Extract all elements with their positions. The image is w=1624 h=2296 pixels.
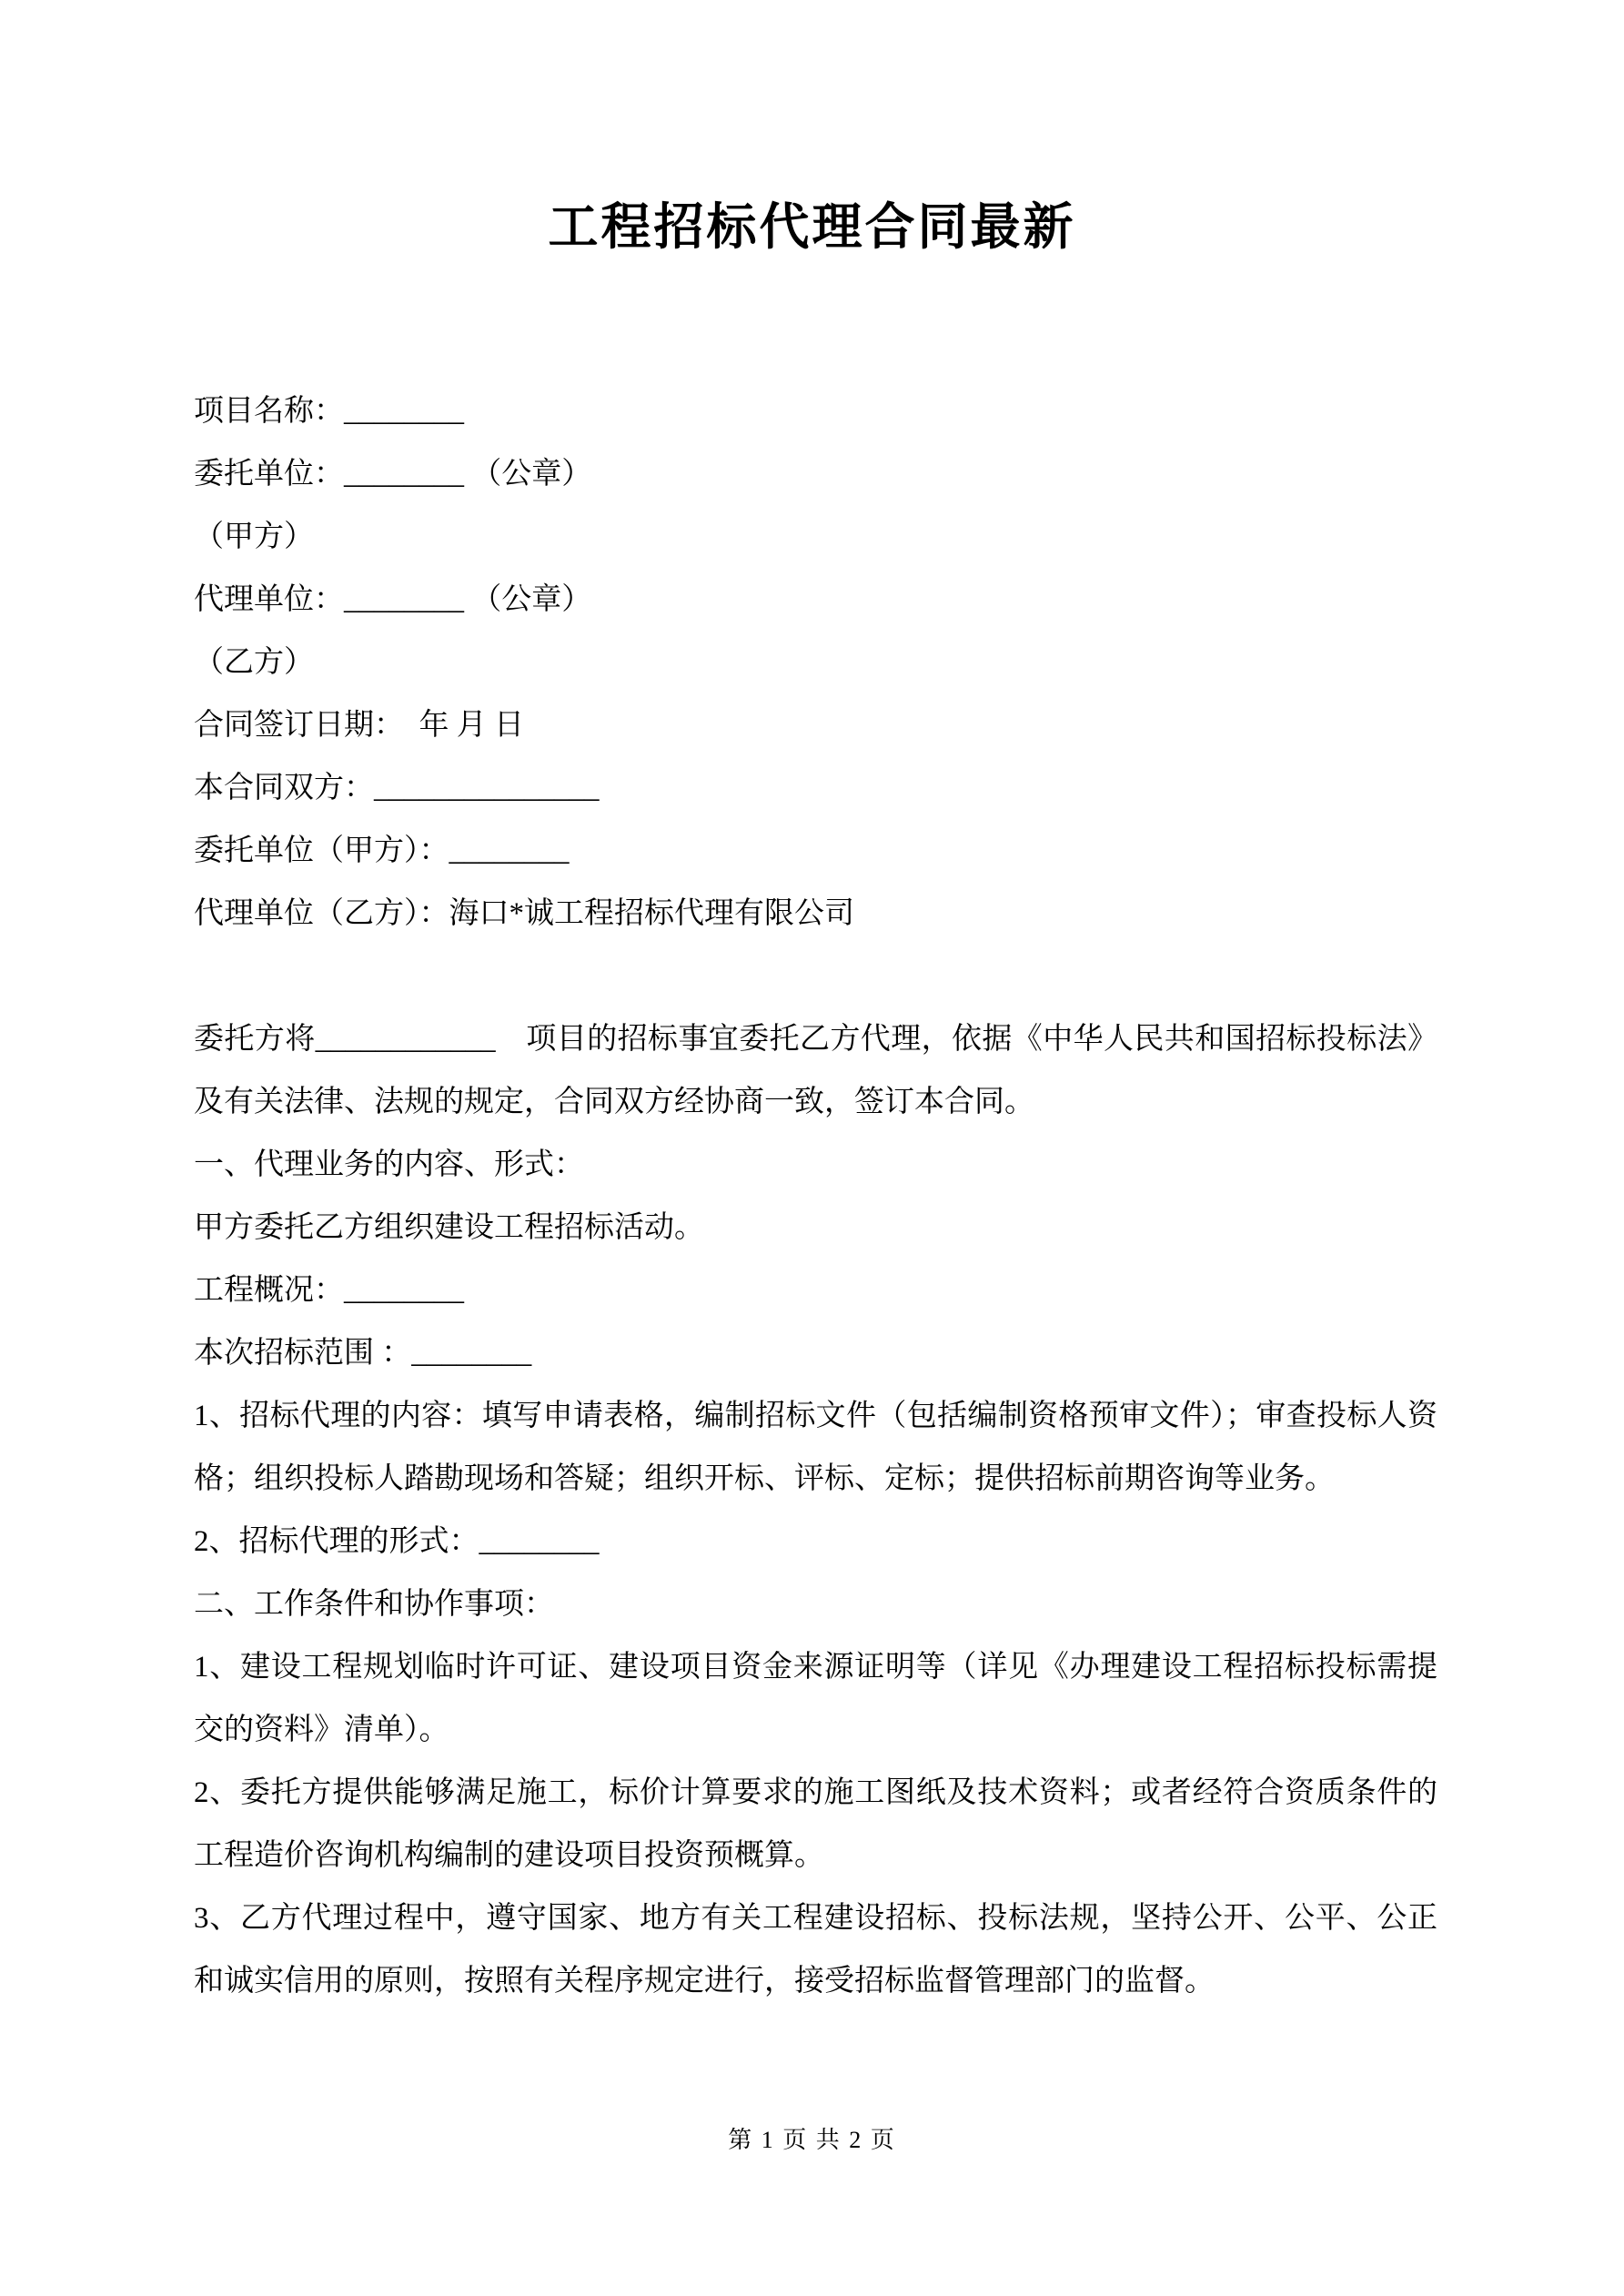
field-agency-form: 2、招标代理的形式：________ [194, 1511, 1437, 1573]
field-both-parties: 本合同双方：_______________ [194, 757, 1437, 820]
field-signing-date: 合同签订日期： 年 月 日 [194, 694, 1437, 757]
section-1-heading: 一、代理业务的内容、形式： [194, 1134, 1437, 1197]
field-project-overview: 工程概况：________ [194, 1259, 1437, 1322]
page-number-footer: 第 1 页 共 2 页 [0, 2122, 1624, 2159]
field-project-name: 项目名称：________ [194, 380, 1437, 443]
document-body: 项目名称：________ 委托单位：________ （公章） （甲方） 代理… [194, 380, 1437, 2013]
section-2-heading: 二、工作条件和协作事项： [194, 1573, 1437, 1636]
field-party-b-name: 代理单位（乙方）：海口*诚工程招标代理有限公司 [194, 883, 1437, 946]
field-bidding-scope: 本次招标范围 ：________ [194, 1322, 1437, 1385]
blank-line [194, 946, 1437, 1008]
contract-document-page: 工程招标代理合同最新 项目名称：________ 委托单位：________ （… [0, 0, 1624, 2296]
label-party-b: （乙方） [194, 632, 1437, 694]
clause-work-condition-3: 3、乙方代理过程中，遵守国家、地方有关工程建设招标、投标法规，坚持公开、公平、公… [194, 1887, 1437, 2013]
field-party-a-name: 委托单位（甲方）：________ [194, 820, 1437, 883]
section-1-body: 甲方委托乙方组织建设工程招标活动。 [194, 1197, 1437, 1259]
field-entrusting-unit: 委托单位：________ （公章） [194, 443, 1437, 506]
clause-work-condition-1: 1、建设工程规划临时许可证、建设项目资金来源证明等（详见《办理建设工程招标投标需… [194, 1636, 1437, 1762]
label-party-a: （甲方） [194, 506, 1437, 569]
field-agency-unit: 代理单位：________ （公章） [194, 569, 1437, 632]
intro-paragraph: 委托方将____________ 项目的招标事宜委托乙方代理，依据《中华人民共和… [194, 1008, 1437, 1134]
clause-work-condition-2: 2、委托方提供能够满足施工，标价计算要求的施工图纸及技术资料；或者经符合资质条件… [194, 1762, 1437, 1887]
clause-agency-content: 1、招标代理的内容：填写申请表格，编制招标文件（包括编制资格预审文件）；审查投标… [194, 1385, 1437, 1511]
page-title: 工程招标代理合同最新 [0, 191, 1624, 264]
